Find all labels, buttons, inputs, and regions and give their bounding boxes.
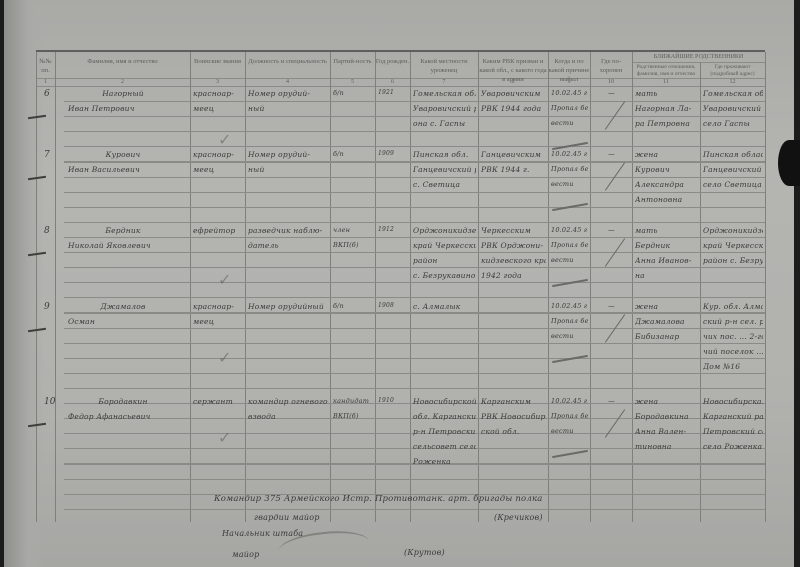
cell-draft: кидзевского края [481, 256, 546, 265]
cell-native: Ганцевичский район [413, 165, 476, 174]
cell-relative: мать [635, 226, 698, 235]
cell-born: 1909 [378, 150, 408, 157]
cell-draft: РВК Орджони- [481, 241, 546, 250]
cell-address: Гомельская область [703, 89, 763, 98]
ruled-line [64, 161, 765, 162]
cell-relative: Нагорная Ла- [635, 104, 698, 113]
cell-relative: тиновна [635, 442, 698, 451]
column-header-7: Какой местности уроженец [410, 57, 478, 75]
check-mark: ✓ [218, 428, 231, 447]
cell-relative: жена [635, 150, 698, 159]
cell-native: район [413, 256, 476, 265]
record-number: 6 [44, 89, 50, 99]
cell-position: Номер орудий- [248, 89, 328, 98]
cell-native: край Черкесский [413, 241, 476, 250]
cell-left: 10.02.45 г. [551, 89, 588, 97]
cell-left: 10.02.45 г. [551, 226, 588, 234]
cell-rank: красноар- [193, 89, 243, 98]
column-header-11: Родственные отношения, фамилия, имя и от… [632, 64, 700, 78]
cell-born: 1912 [378, 226, 408, 233]
record-number: 10 [44, 397, 55, 407]
cell-relative: мать [635, 89, 698, 98]
cell-rank: меец [193, 165, 243, 174]
column-divider [375, 52, 376, 522]
cell-position: ный [248, 104, 328, 113]
cell-native: Новосибирской [413, 397, 476, 406]
cell-left: Пропал без [551, 241, 588, 249]
cell-address: Дом №16 [703, 362, 763, 371]
column-number-11: 11 [632, 79, 700, 85]
cell-left: вести [551, 256, 588, 264]
cell-rank: сержант [193, 397, 243, 406]
ruled-line [64, 373, 765, 374]
cell-left: Пропал без [551, 104, 588, 112]
cell-name: Курович [58, 150, 188, 159]
column-header-5: Партий-ность [330, 57, 375, 66]
cell-native: Уваровичский рай- [413, 104, 476, 113]
column-header-6: Год рожден. [375, 57, 410, 66]
ruled-line [64, 358, 765, 359]
ruled-line [64, 312, 765, 313]
cell-draft: ской обл. [481, 427, 546, 436]
column-number-4: 4 [245, 79, 330, 85]
cell-native: Гомельская область [413, 89, 476, 98]
cell-party: кандидат [333, 397, 373, 405]
cell-relative: Бердник [635, 241, 698, 250]
cell-native: Роженка [413, 457, 476, 466]
number-row-rule [36, 86, 765, 87]
cell-name: Иван Васильевич [58, 165, 198, 174]
ruled-line [64, 509, 765, 510]
column-number-6: 6 [375, 79, 410, 85]
record-number: 8 [44, 226, 50, 236]
cell-address: чих пос. ... 2-го рабо- [703, 332, 763, 341]
signature-line-4-name: (Крутов) [404, 548, 445, 557]
cell-address: ский р-н сел. рабо- [703, 317, 763, 326]
document-sheet: №№ пп.1Фамилия, имя и отчество2Воинские … [4, 0, 794, 567]
column-divider [36, 52, 37, 522]
cell-native: с. Алмалык [413, 302, 476, 311]
cell-position: командир огневого [248, 397, 328, 406]
column-header-10: Где по-хоронен [590, 57, 632, 75]
cell-draft: Ганцевичским [481, 150, 546, 159]
cell-native: р-н Петровский [413, 427, 476, 436]
cell-address: Орджоникидзевский [703, 226, 763, 235]
record-number: 9 [44, 302, 50, 312]
cell-left: Пропал без [551, 165, 588, 173]
cell-address: Петровский сельсовет [703, 427, 763, 436]
cell-relative: Анна Вален- [635, 427, 698, 436]
ruled-line [64, 252, 765, 253]
ruled-line [64, 116, 765, 117]
cell-buried: — [593, 150, 630, 158]
cell-left: вести [551, 427, 588, 435]
column-number-5: 5 [330, 79, 375, 85]
cell-address: Карганский район [703, 412, 763, 421]
cell-left: 10.02.45 г. [551, 397, 588, 405]
ruled-line [64, 267, 765, 268]
cell-left: вести [551, 180, 588, 188]
cell-rank: красноар- [193, 150, 243, 159]
cell-name: Бородавкин [58, 397, 188, 406]
cell-draft: РВК 1944 г. [481, 165, 546, 174]
cell-position: датель [248, 241, 328, 250]
cell-native: с. Светица [413, 180, 476, 189]
cell-address: край Черкесский [703, 241, 763, 250]
column-header-2: Фамилия, имя и отчество [55, 57, 190, 66]
cell-left: Пропал без [551, 412, 588, 420]
cell-position: Номер орудийный [248, 302, 328, 311]
column-number-7: 7 [410, 79, 478, 85]
cell-relative: жена [635, 302, 698, 311]
signature-line-2-rank: гвардии майор [254, 513, 320, 522]
cell-born: 1908 [378, 302, 408, 309]
column-divider [478, 52, 479, 522]
ruled-line [64, 297, 765, 298]
cell-native: Пинская обл. [413, 150, 476, 159]
cell-native: с. Безрукавино [413, 271, 476, 280]
cell-rank: меец [193, 104, 243, 113]
cell-name: Бердник [58, 226, 188, 235]
cell-address: село Гаспы [703, 119, 763, 128]
group-header-rule [632, 62, 765, 63]
cell-left: вести [551, 119, 588, 127]
ruled-line [64, 192, 765, 193]
cell-party: б/п [333, 302, 373, 310]
cell-position: ный [248, 165, 328, 174]
cell-position: взвода [248, 412, 328, 421]
cell-born: 1921 [378, 89, 408, 96]
ruled-line [64, 282, 765, 283]
column-divider [548, 52, 549, 522]
group-header: БЛИЖАЙШИЕ РОДСТВЕННИКИ [632, 52, 765, 62]
column-divider [330, 52, 331, 522]
column-number-1: 1 [36, 79, 55, 85]
cell-buried: — [593, 89, 630, 97]
column-divider [765, 52, 766, 522]
ruled-line [64, 131, 765, 132]
column-divider [410, 52, 411, 522]
cell-draft: 1942 года [481, 271, 546, 280]
cell-address: Пинская область [703, 150, 763, 159]
ruled-line [64, 237, 765, 238]
column-header-12: Где проживают (подробный адрес) [700, 64, 765, 78]
ruled-line [64, 328, 765, 329]
ruled-line [64, 388, 765, 389]
cell-native: Орджоникидзевский [413, 226, 476, 235]
cell-draft: Уваровичским [481, 89, 546, 98]
cell-address: Новосибирская область [703, 397, 763, 406]
cell-party: б/п [333, 89, 373, 97]
cell-rank: красноар- [193, 302, 243, 311]
column-header-1: №№ пп. [36, 57, 55, 75]
cell-born: 1910 [378, 397, 408, 404]
ruled-line [64, 479, 765, 480]
cell-party: ВКП(б) [333, 412, 373, 420]
cell-native: она с. Гаспы [413, 119, 476, 128]
column-number-12: 12 [700, 79, 765, 85]
cell-address: Кур. обл. Алмалык- [703, 302, 763, 311]
cell-relative: на [635, 271, 698, 280]
check-mark: ✓ [218, 270, 231, 289]
cell-buried: — [593, 226, 630, 234]
column-divider [55, 52, 56, 522]
ruled-line [64, 207, 765, 208]
column-number-9: 9 [548, 79, 590, 85]
ruled-line [64, 222, 765, 223]
column-divider [590, 52, 591, 522]
ruled-line [64, 343, 765, 344]
cell-address: Ганцевичский район [703, 165, 763, 174]
record-number: 7 [44, 150, 50, 160]
column-header-4: Должность и специальность [245, 57, 330, 66]
cell-relative: Бибизанар [635, 332, 698, 341]
cell-left: 10.02.45 г. [551, 150, 588, 158]
cell-party: член [333, 226, 373, 234]
cell-left: Пропал без [551, 317, 588, 325]
cell-name: Федор Афанасьевич [58, 412, 198, 421]
signature-line-3: Начальник штаба [222, 529, 303, 538]
cell-relative: Бородавкина [635, 412, 698, 421]
signature-line-4-rank: майор [232, 550, 260, 559]
swoosh-mark [552, 450, 588, 458]
cell-name: Иван Петрович [58, 104, 198, 113]
cell-draft: Черкесским [481, 226, 546, 235]
cell-draft: РВК 1944 года [481, 104, 546, 113]
cell-relative: жена [635, 397, 698, 406]
swoosh-mark [552, 355, 588, 363]
check-mark: ✓ [218, 130, 231, 149]
cell-address: район с. Безрукавино [703, 256, 763, 265]
cell-address: чий поселок ... Ташк. [703, 347, 763, 356]
cell-rank: ефрейтор [193, 226, 243, 235]
cell-left: вести [551, 332, 588, 340]
cell-name: Николай Яковлевич [58, 241, 198, 250]
column-divider [245, 52, 246, 522]
cell-relative: Курович [635, 165, 698, 174]
cell-buried: — [593, 302, 630, 310]
column-header-3: Воинские звания [190, 57, 245, 66]
ruled-line [64, 146, 765, 147]
cell-relative: Александра [635, 180, 698, 189]
cell-relative: Анна Иванов- [635, 256, 698, 265]
cell-address: село Роженка [703, 442, 763, 451]
column-divider [632, 52, 633, 522]
check-mark: ✓ [218, 348, 231, 367]
cell-party: б/п [333, 150, 373, 158]
column-divider [190, 52, 191, 522]
cell-address: село Светица [703, 180, 763, 189]
cell-relative: ра Петровна [635, 119, 698, 128]
cell-name: Джамалов [58, 302, 188, 311]
cell-left: 10.02.45 г. [551, 302, 588, 310]
column-number-3: 3 [190, 79, 245, 85]
cell-position: Номер орудий- [248, 150, 328, 159]
cell-position: разведчик наблю- [248, 226, 328, 235]
cell-relative: Антоновна [635, 195, 698, 204]
binder-hole-shadow [778, 140, 800, 186]
cell-native: обл. Карганский [413, 412, 476, 421]
signature-line-1: Командир 375 Армейского Истр. Противотан… [214, 494, 543, 504]
cell-buried: — [593, 397, 630, 405]
cell-draft: РВК Новосибир- [481, 412, 546, 421]
cell-address: Уваровичский район [703, 104, 763, 113]
signature-line-2-name: (Кречиков) [494, 513, 543, 522]
cell-draft: Карганским [481, 397, 546, 406]
ruled-line [64, 101, 765, 102]
cell-relative: Джамалова [635, 317, 698, 326]
ruled-line [64, 177, 765, 178]
cell-name: Осман [58, 317, 198, 326]
cell-native: сельсовет село [413, 442, 476, 451]
column-number-10: 10 [590, 79, 632, 85]
column-number-8: 8 [478, 79, 548, 85]
column-number-2: 2 [55, 79, 190, 85]
cell-rank: меец [193, 317, 243, 326]
cell-party: ВКП(б) [333, 241, 373, 249]
cell-name: Нагорный [58, 89, 188, 98]
